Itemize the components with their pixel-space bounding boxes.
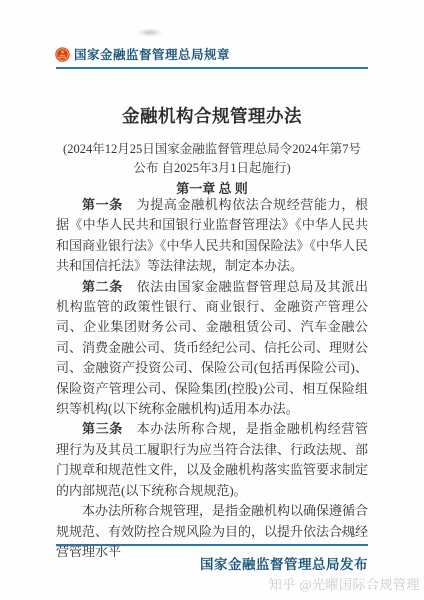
header-agency-label: 国家金融监督管理总局规章 bbox=[74, 45, 230, 63]
article-1-label: 第一条 bbox=[82, 197, 123, 212]
top-smudge bbox=[137, 29, 163, 36]
article-2-label: 第二条 bbox=[82, 279, 123, 294]
article-1-paragraph: 第一条 为提高金融机构依法合规经营能力，根据《中华人民共和国银行业监督管理法》《… bbox=[56, 195, 368, 277]
page-number: - 1 - bbox=[341, 524, 366, 539]
article-3-label: 第三条 bbox=[82, 421, 123, 436]
article-2-text: 依法由国家金融监督管理总局及其派出机构监管的政策性银行、商业银行、金融资产管理公… bbox=[56, 279, 368, 416]
article-2-paragraph: 第二条 依法由国家金融监督管理总局及其派出机构监管的政策性银行、商业银行、金融资… bbox=[56, 277, 368, 420]
document-subtitle: (2024年12月25日国家金融监督管理总局令2024年第7号 公布 自2025… bbox=[56, 140, 368, 178]
document-body: 第一条 为提高金融机构依法合规经营能力，根据《中华人民共和国银行业监督管理法》《… bbox=[56, 195, 368, 562]
document-page: 国家金融监督管理总局规章 金融机构合规管理办法 (2024年12月25日国家金融… bbox=[0, 0, 424, 600]
national-emblem-icon bbox=[55, 47, 70, 62]
subtitle-line1: (2024年12月25日国家金融监督管理总局令2024年第7号 bbox=[56, 140, 368, 159]
subtitle-line2: 公布 自2025年3月1日起施行) bbox=[56, 159, 368, 178]
article-3-paragraph: 第三条 本办法所称合规，是指金融机构经营管理行为及其员工履职行为应当符合法律、行… bbox=[56, 419, 368, 501]
watermark: 知乎 @光曜国际合规管理 bbox=[269, 574, 420, 593]
article-3b-text: 本办法所称合规管理，是指金融机构以确保遵循合规规范、有效防控合规风险为目的，以提… bbox=[56, 503, 368, 559]
footer-divider bbox=[56, 544, 368, 546]
footer-publisher: 国家金融监督管理总局发布 bbox=[200, 553, 368, 573]
page-header: 国家金融监督管理总局规章 bbox=[55, 45, 368, 63]
header-divider bbox=[56, 67, 368, 69]
document-title: 金融机构合规管理办法 bbox=[0, 103, 424, 128]
